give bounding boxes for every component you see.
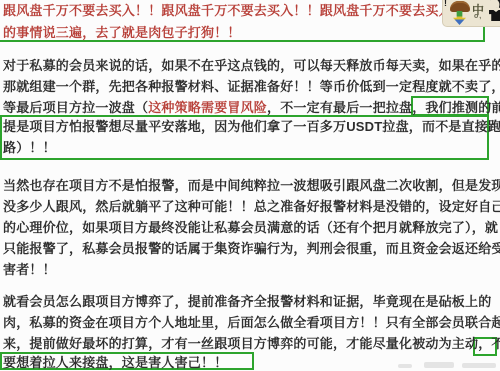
paragraph-line: 没多少人跟风，然后就躺平了这种可能！！总之准备好报警材料是没错的，设定好自己 [3,199,499,215]
paragraph-line: 就看会员怎么跟项目方博弈了，提前准备齐全报警材料和证据，毕竟现在是砧板上的 [3,294,499,310]
exclaim-mark: ! [444,0,447,8]
paragraph-line: 的心理价位，如果项目方最终没能让私募会员满意的话（还有个把月就释放完了），就 [3,220,499,236]
boxed-text-segment: 我们推测的前 [425,100,500,115]
watermark-small-text: o, [474,13,482,20]
t-shirt-icon [489,10,500,21]
brush-stroke-icon [489,0,500,8]
article-page: 跟风盘千万不要去买入！！跟风盘千万不要去买入！！跟风盘千万不要去买入！重要 的事… [0,0,500,371]
mushroom-icon [449,1,471,25]
paragraph-line: 对于私募的会员来说的话，如果不在乎这点钱的，可以每天释放币每天卖，如果在乎的 [3,58,499,74]
paragraph-line: 路）！！ [3,140,499,156]
paragraph-line: 那就组建一个群，先把各种报警材料、证据准备好！！等币价低到一定程度就不卖了， [3,79,499,95]
warning-line: 跟风盘千万不要去买入！！跟风盘千万不要去买入！！跟风盘千万不要去买入！重要 [3,3,499,19]
paragraph-line: 来，提前做好最坏的打算，才有一丝跟项目方博弈的可能，才能尽量化被动为主动，不 [3,336,499,352]
text-segment: ，不一定有最后一把拉盘， [267,100,425,115]
faint-watermark-smudge [398,364,412,368]
paragraph-line: 害者！！ [3,262,499,278]
paragraph-line: 当然也存在项目方不是怕报警，而是中间纯粹拉一波想吸引跟风盘二次收割，但是发现 [3,178,499,194]
site-watermark: ! 中 o, [442,0,500,27]
mushroom-cap [450,1,470,12]
down-arrow-icon [453,11,466,25]
faint-watermark-smudge [462,363,496,368]
red-text-segment: 这种策略需要冒风险 [148,100,267,115]
paragraph-line: 只能报警了，私募会员报警的话属于集资诈骗行为，判刑会很重，而且资金会返还给受 [3,241,499,257]
faint-watermark-smudge [424,362,454,368]
paragraph-line: 等最后项目方拉一波盘（这种策略需要冒风险，不一定有最后一把拉盘，我们推测的前 [3,100,499,116]
warning-line: 的事情说三遍，去了就是肉包子打狗！！ [3,25,499,41]
paragraph-line: 肉，私募的资金在项目方个人地址里，后面怎么做全看项目方！！只有全部会员联合起 [3,315,499,331]
text-segment: 等最后项目方拉一波盘（ [3,100,148,115]
paragraph-line: 提是项目方怕报警想尽量平安落地，因为他们拿了一百多万USDT拉盘，而不是直接跑 [3,119,499,135]
